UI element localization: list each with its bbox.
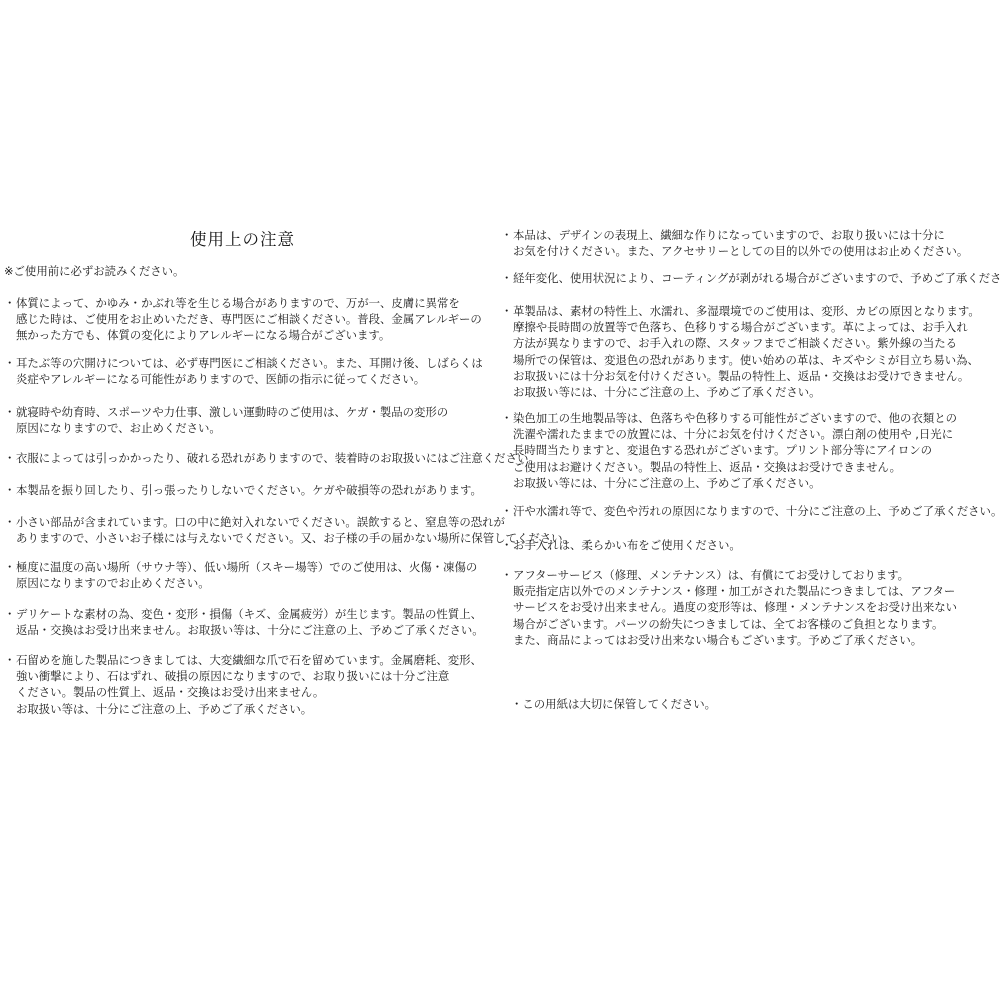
precaution-item-clothing: ・衣服によっては引っかかったり、破れる恐れがありますので、装着時のお取扱いにはご… [4, 450, 540, 466]
bullet-mark: ・ [501, 303, 513, 319]
bullet-mark: ・ [4, 514, 16, 530]
bullet-mark: ・ [4, 482, 16, 498]
precaution-item-sweat-water: ・汗や水濡れ等で、変色や汚れの原因になりますので、十分にご注意の上、予めご了承く… [501, 503, 1000, 519]
precaution-item-cleaning: ・お手入れは、柔らかい布をご使用ください。 [501, 537, 741, 553]
bullet-mark: ・ [501, 537, 513, 553]
bullet-mark: ・ [4, 606, 16, 622]
precaution-item-allergy: ・体質によって、かゆみ・かぶれ等を生じる場合がありますので、万が一、皮膚に異常を… [4, 295, 482, 344]
precaution-item-small-parts: ・小さい部品が含まれています。口の中に絶対入れないでください。誤飲すると、窒息等… [4, 514, 574, 546]
bullet-mark: ・ [4, 295, 16, 311]
read-before-use-note: ※ご使用前に必ずお読みください。 [4, 263, 184, 279]
precaution-item-swinging: ・本製品を振り回したり、引っ張ったりしないでください。ケガや破損等の恐れがありま… [4, 482, 482, 498]
bullet-mark: ・ [501, 270, 513, 286]
bullet-mark: ・ [501, 503, 513, 519]
precaution-item-delicate-design: ・本品は、デザインの表現上、繊細な作りになっていますので、お取り扱いには十分に … [501, 227, 968, 259]
bullet-mark: ・ [4, 404, 16, 420]
bullet-mark: ・ [501, 227, 513, 243]
precaution-item-stone-setting: ・石留めを施した製品につきましては、大変繊細な爪で石を留めています。金属磨耗、変… [4, 652, 482, 717]
precaution-item-dyed-fabric: ・染色加工の生地製品等は、色落ちや色移りする可能性がございますので、他の衣類との… [501, 410, 957, 491]
bullet-mark: ・ [4, 652, 16, 668]
bullet-mark: ・ [4, 559, 16, 575]
precaution-item-delicate-material: ・デリケートな素材の為、変色・変形・損傷（キズ、金属疲労）が生じます。製品の性質… [4, 606, 484, 638]
bullet-mark: ・ [501, 410, 513, 426]
bullet-mark: ・ [4, 355, 16, 371]
bullet-mark: ・ [4, 450, 16, 466]
precaution-item-activity: ・就寝時や幼育時、スポーツや力仕事、激しい運動時のご使用は、ケガ・製品の変形の … [4, 404, 448, 436]
keep-this-paper-note: ・この用紙は大切に保管してください。 [511, 696, 716, 712]
precaution-item-ear-piercing: ・耳たぶ等の穴開けについては、必ず専門医にご相談ください。また、耳開け後、しばら… [4, 355, 483, 387]
precaution-item-temperature: ・極度に温度の高い場所（サウナ等）、低い場所（スキー場等）でのご使用は、火傷・凍… [4, 559, 477, 591]
bullet-mark: ・ [501, 567, 513, 583]
precaution-item-coating: ・経年変化、使用状況により、コーティングが剥がれる場合がございますので、予めご了… [501, 270, 1000, 286]
precaution-item-leather: ・革製品は、素材の特性上、水濡れ、多湿環境でのご使用は、変形、カビの原因となりま… [501, 303, 980, 400]
document-title: 使用上の注意 [190, 226, 295, 250]
precaution-item-after-service: ・アフターサービス（修理、メンテナンス）は、有償にてお受けしております。 販売指… [501, 567, 957, 648]
